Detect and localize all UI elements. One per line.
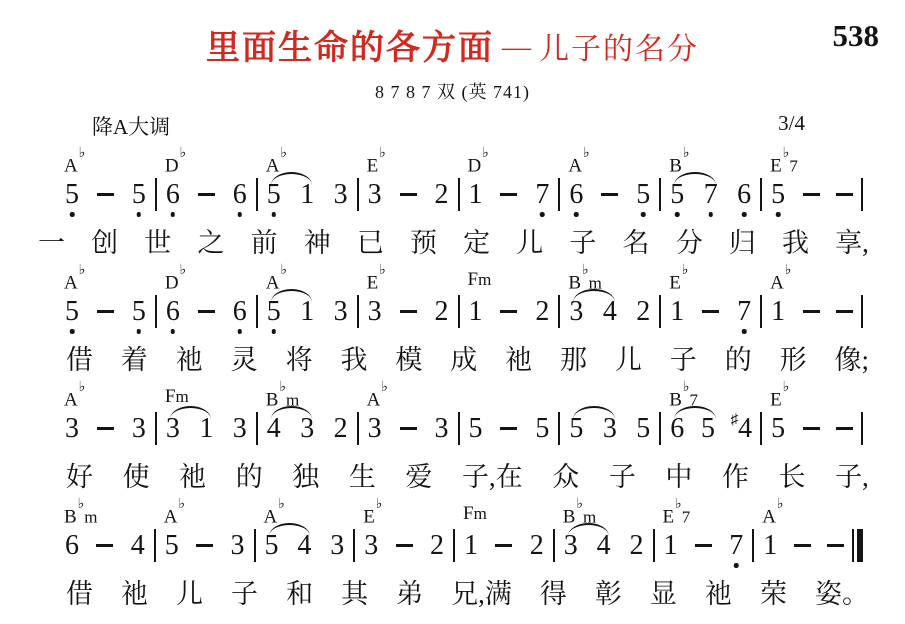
note-number: 3 xyxy=(364,529,378,562)
note-number: 5 xyxy=(636,412,650,445)
dash-bar xyxy=(836,310,853,313)
low-octave-dot xyxy=(238,329,243,334)
note-number: 5 xyxy=(771,412,785,445)
note-number: 4 xyxy=(131,529,145,562)
chord-label: E♭7 xyxy=(663,503,691,527)
lyric-syllable: 其 xyxy=(341,579,368,609)
note-number: 1 xyxy=(670,295,684,328)
lyric-syllable: 祂 xyxy=(176,345,203,375)
measure: 55 xyxy=(460,385,559,447)
lyric-syllable: 弟 xyxy=(396,579,423,609)
note: 1 xyxy=(468,178,484,211)
measure: E♭32 xyxy=(359,151,458,213)
barline xyxy=(861,295,863,328)
low-octave-dot xyxy=(70,212,75,217)
note: 3 xyxy=(232,412,248,445)
note-number: 7 xyxy=(737,295,751,328)
note-number: 7 xyxy=(535,178,549,211)
lyric-syllable: 的 xyxy=(236,462,263,492)
chord-label: B♭m xyxy=(64,503,98,527)
lyric-syllable: 儿 xyxy=(615,345,642,375)
lyric-syllable: 形 xyxy=(780,345,807,375)
hymn-page: 538 里面生命的各方面—儿子的名分 8 7 8 7 双 (英 741) 降A大… xyxy=(0,0,905,624)
low-octave-dot xyxy=(574,212,579,217)
lyric-syllable: 彰 xyxy=(595,579,622,609)
measure: A♭33 xyxy=(359,385,458,447)
measure: E♭32 xyxy=(355,502,453,564)
flat-sign: ♭ xyxy=(79,380,86,395)
note-number: 1 xyxy=(469,295,483,328)
flat-sign: ♭ xyxy=(381,380,388,395)
duration-dash xyxy=(97,193,114,196)
low-octave-dot xyxy=(734,563,739,568)
note-number: 6 xyxy=(65,529,79,562)
low-octave-dot xyxy=(641,212,646,217)
barline xyxy=(861,178,863,211)
duration-dash xyxy=(495,544,512,547)
duration-dash xyxy=(702,310,719,313)
measure: D♭17 xyxy=(460,151,559,213)
dash-bar xyxy=(702,310,719,313)
note-number: 5 xyxy=(469,412,483,445)
note: 5 xyxy=(164,529,180,562)
lyric-syllable: 子 xyxy=(231,579,258,609)
note: 3 xyxy=(333,178,349,211)
dash-bar xyxy=(196,544,213,547)
lyric-syllable: 好 xyxy=(66,462,93,492)
note: 6 xyxy=(736,178,752,211)
lyric-syllable: 灵 xyxy=(231,345,258,375)
duration-dash xyxy=(794,544,811,547)
page-number: 538 xyxy=(833,18,880,54)
note: 6 xyxy=(64,529,80,562)
flat-sign: ♭ xyxy=(376,497,383,512)
measure-notes: 5 xyxy=(762,410,861,446)
lyric-syllable: 中 xyxy=(665,462,692,492)
duration-dash xyxy=(836,427,853,430)
dash-bar xyxy=(400,310,417,313)
measure: B♭m64 xyxy=(56,502,154,564)
flat-sign: ♭ xyxy=(783,380,790,395)
dash-bar xyxy=(97,427,114,430)
chord-label: Fm xyxy=(468,269,492,293)
lyric-syllable: 着 xyxy=(121,345,148,375)
note-number: 3 xyxy=(368,412,382,445)
note-number: 1 xyxy=(763,529,777,562)
title-subtitle: 儿子的名分 xyxy=(539,33,699,66)
note-number: 1 xyxy=(469,178,483,211)
dash-bar xyxy=(803,310,820,313)
note: 5 xyxy=(131,178,147,211)
dash-bar xyxy=(97,310,114,313)
lyric-syllable: 像; xyxy=(834,345,869,375)
note: 1 xyxy=(663,529,679,562)
measure-notes: 53 xyxy=(156,527,254,563)
low-octave-dot xyxy=(776,212,781,217)
chord-label: A♭ xyxy=(770,269,791,293)
duration-dash xyxy=(500,193,517,196)
note: 6 xyxy=(165,295,181,328)
measure: D♭66 xyxy=(157,268,256,330)
note: 5 xyxy=(770,412,786,445)
duration-dash xyxy=(601,193,618,196)
lyric-syllable: 享, xyxy=(835,228,869,258)
lyric-syllable: 将 xyxy=(286,345,313,375)
note: 3 xyxy=(131,412,147,445)
lyrics-line: 一创世之前神已预定儿子名分归我享, xyxy=(38,228,869,258)
lyric-syllable: 分 xyxy=(676,228,703,258)
music-system: B♭m64A♭53A♭543E♭32Fm12B♭m342E♭717A♭1借祂儿子… xyxy=(0,502,905,609)
chord-label: A♭ xyxy=(367,386,388,410)
chord-label: E♭ xyxy=(669,269,688,293)
flat-sign: ♭ xyxy=(178,497,185,512)
note-number: 7 xyxy=(729,529,743,562)
measure-notes: 55 xyxy=(460,410,559,446)
lyric-syllable: 得 xyxy=(540,579,567,609)
chord-label: A♭ xyxy=(64,269,85,293)
dash-bar xyxy=(400,193,417,196)
measure-notes: 32 xyxy=(355,527,453,563)
note: 5 xyxy=(770,178,786,211)
measure: A♭55 xyxy=(56,151,155,213)
lyric-syllable: 祂 xyxy=(121,579,148,609)
duration-dash xyxy=(500,310,517,313)
note: 2 xyxy=(529,529,545,562)
note: 2 xyxy=(635,295,651,328)
music-system: A♭55D♭66A♭513E♭32Fm12B♭m342E♭17A♭1借着祂灵将我… xyxy=(0,268,905,375)
measure: A♭543 xyxy=(256,502,354,564)
measure-notes: 12 xyxy=(455,527,553,563)
meter-info: 8 7 8 7 双 (英 741) xyxy=(0,78,905,104)
dash-bar xyxy=(836,193,853,196)
measure: Fm313 xyxy=(157,385,256,447)
dash-bar xyxy=(198,193,215,196)
flat-sign: ♭ xyxy=(482,146,489,161)
note-number: 3 xyxy=(334,295,348,328)
note-number: 5 xyxy=(132,295,146,328)
low-octave-dot xyxy=(137,212,142,217)
note: 2 xyxy=(534,295,550,328)
measure-notes: 33 xyxy=(359,410,458,446)
flat-sign: ♭ xyxy=(683,146,690,161)
note: 6 xyxy=(232,178,248,211)
measure: B♭m342 xyxy=(560,268,659,330)
low-octave-dot xyxy=(171,329,176,334)
dash-bar xyxy=(96,544,113,547)
note-number: 1 xyxy=(664,529,678,562)
note-number: 5 xyxy=(165,529,179,562)
measure: B♭765♯4 xyxy=(661,385,760,447)
duration-dash xyxy=(400,427,417,430)
measure: A♭1 xyxy=(762,268,861,330)
note: 2 xyxy=(429,529,445,562)
note: 5 xyxy=(131,295,147,328)
lyric-syllable: 儿 xyxy=(516,228,543,258)
title-main: 里面生命的各方面 xyxy=(206,29,494,67)
duration-dash xyxy=(836,193,853,196)
staff-row: A♭33Fm313B♭m432A♭3355535B♭765♯4E♭5 xyxy=(56,385,863,447)
measure: A♭1 xyxy=(754,502,852,564)
chord-label: B♭7 xyxy=(669,386,698,410)
duration-dash xyxy=(196,544,213,547)
chord-label: Fm xyxy=(463,503,487,527)
measure-notes: 32 xyxy=(359,176,458,212)
measure-notes: 66 xyxy=(157,176,256,212)
flat-sign: ♭ xyxy=(683,380,690,395)
flat-sign: ♭ xyxy=(777,497,784,512)
duration-dash xyxy=(97,427,114,430)
note: 5 xyxy=(64,178,80,211)
note-number: 5 xyxy=(132,178,146,211)
duration-dash xyxy=(500,427,517,430)
lyric-syllable: 长 xyxy=(779,462,806,492)
measure: A♭513 xyxy=(258,268,357,330)
chord-label: A♭ xyxy=(264,503,285,527)
note: 5 xyxy=(64,295,80,328)
note: 1 xyxy=(669,295,685,328)
duration-dash xyxy=(827,544,844,547)
flat-sign: ♭ xyxy=(379,146,386,161)
note: 6 xyxy=(232,295,248,328)
low-octave-dot xyxy=(137,329,142,334)
note: 3 xyxy=(367,412,383,445)
lyric-syllable: 祂 xyxy=(505,345,532,375)
chord-label: E♭ xyxy=(367,152,386,176)
note-number: 6 xyxy=(233,178,247,211)
lyric-syllable: 借 xyxy=(66,579,93,609)
measure: B♭m432 xyxy=(258,385,357,447)
chord-label: Fm xyxy=(165,386,189,410)
lyric-syllable: 预 xyxy=(410,228,437,258)
lyric-syllable: 生 xyxy=(349,462,376,492)
note-number: 3 xyxy=(330,529,344,562)
flat-sign: ♭ xyxy=(682,263,689,278)
final-barline xyxy=(852,529,863,562)
dash-bar xyxy=(794,544,811,547)
chord-label: E♭7 xyxy=(770,152,798,176)
note: 3 xyxy=(329,529,345,562)
measure-notes: 1 xyxy=(762,293,861,329)
notation-area: A♭55D♭66A♭513E♭32D♭17A♭65B♭576E♭75一创世之前神… xyxy=(0,151,905,609)
note-number: 6 xyxy=(166,178,180,211)
lyric-syllable: 世 xyxy=(144,228,171,258)
dash-bar xyxy=(803,193,820,196)
note-number: 1 xyxy=(771,295,785,328)
chord-label: D♭ xyxy=(165,152,186,176)
lyric-syllable: 作 xyxy=(722,462,749,492)
note-number: 2 xyxy=(636,295,650,328)
barline-thin xyxy=(852,529,854,562)
note: 3 xyxy=(363,529,379,562)
low-octave-dot xyxy=(238,212,243,217)
chord-label: B♭m xyxy=(266,386,300,410)
chord-label: A♭ xyxy=(64,386,85,410)
lyrics-line: 好使祂的独生爱子,在众子中作长子, xyxy=(66,462,869,492)
note: 2 xyxy=(629,529,645,562)
measure: E♭17 xyxy=(661,268,760,330)
key-row: 降A大调 3/4 xyxy=(92,111,805,141)
chord-label: A♭ xyxy=(64,152,85,176)
lyric-syllable: 子 xyxy=(670,345,697,375)
low-octave-dot xyxy=(742,329,747,334)
note: 5 xyxy=(534,412,550,445)
low-octave-dot xyxy=(171,212,176,217)
note-number: 6 xyxy=(737,178,751,211)
note: 1 xyxy=(762,529,778,562)
lyric-syllable: 独 xyxy=(292,462,319,492)
note: 3 xyxy=(230,529,246,562)
verse-number: 一 xyxy=(38,228,65,258)
note-number: 3 xyxy=(435,412,449,445)
lyric-syllable: 显 xyxy=(650,579,677,609)
measure: Fm12 xyxy=(455,502,553,564)
duration-dash xyxy=(198,193,215,196)
measure-notes: 65 xyxy=(560,176,659,212)
flat-sign: ♭ xyxy=(78,497,85,512)
measure: E♭75 xyxy=(762,151,861,213)
note: 3 xyxy=(367,295,383,328)
flat-sign: ♭ xyxy=(180,263,187,278)
dash-bar xyxy=(827,544,844,547)
dash-bar xyxy=(500,427,517,430)
note-number: 5 xyxy=(771,178,785,211)
measure-notes: 17 xyxy=(460,176,559,212)
dash-bar xyxy=(198,310,215,313)
duration-dash xyxy=(97,310,114,313)
flat-sign: ♭ xyxy=(180,146,187,161)
page-title: 里面生命的各方面—儿子的名分 xyxy=(0,0,905,69)
dash-bar xyxy=(836,427,853,430)
note: 1 xyxy=(770,295,786,328)
flat-sign: ♭ xyxy=(576,497,583,512)
low-octave-dot xyxy=(70,329,75,334)
note: 7 xyxy=(728,529,744,562)
time-signature: 3/4 xyxy=(778,111,805,141)
note-number: 4 xyxy=(738,412,752,445)
note: 6 xyxy=(165,178,181,211)
lyric-syllable: 子, xyxy=(835,462,869,492)
flat-sign: ♭ xyxy=(279,380,286,395)
title-dash: — xyxy=(494,31,539,63)
lyric-syllable: 子 xyxy=(609,462,636,492)
low-octave-dot xyxy=(272,212,277,217)
note-number: 5 xyxy=(65,295,79,328)
note: 3 xyxy=(333,295,349,328)
note-number: 2 xyxy=(530,529,544,562)
lyric-syllable: 祂 xyxy=(705,579,732,609)
note-number: 6 xyxy=(166,295,180,328)
note: 3 xyxy=(367,178,383,211)
dash-bar xyxy=(601,193,618,196)
duration-dash xyxy=(400,310,417,313)
measure-notes: 33 xyxy=(56,410,155,446)
flat-sign: ♭ xyxy=(379,263,386,278)
lyric-syllable: 之 xyxy=(197,228,224,258)
note-number: 3 xyxy=(65,412,79,445)
chord-label: B♭m xyxy=(563,503,597,527)
flat-sign: ♭ xyxy=(79,146,86,161)
note-number: 2 xyxy=(535,295,549,328)
flat-sign: ♭ xyxy=(278,497,285,512)
measure-notes: 12 xyxy=(460,293,559,329)
lyric-syllable: 那 xyxy=(560,345,587,375)
measure: A♭513 xyxy=(258,151,357,213)
staff-row: B♭m64A♭53A♭543E♭32Fm12B♭m342E♭717A♭1 xyxy=(56,502,863,564)
note: 2 xyxy=(333,412,349,445)
key-signature: 降A大调 xyxy=(92,111,170,141)
measure: A♭53 xyxy=(156,502,254,564)
low-octave-dot xyxy=(272,329,277,334)
measure: A♭65 xyxy=(560,151,659,213)
note-number: 3 xyxy=(233,412,247,445)
measure: A♭33 xyxy=(56,385,155,447)
flat-sign: ♭ xyxy=(785,263,792,278)
lyric-syllable: 名 xyxy=(623,228,650,258)
note-number: 6 xyxy=(233,295,247,328)
low-octave-dot xyxy=(742,212,747,217)
note: 3 xyxy=(434,412,450,445)
duration-dash xyxy=(96,544,113,547)
measure: E♭32 xyxy=(359,268,458,330)
measure: Fm12 xyxy=(460,268,559,330)
lyrics-line: 借着祂灵将我模成祂那儿子的形像; xyxy=(66,345,869,375)
lyric-syllable: 使 xyxy=(123,462,150,492)
chord-label: E♭ xyxy=(367,269,386,293)
measure-notes: 55 xyxy=(56,293,155,329)
note-number: 2 xyxy=(334,412,348,445)
barline xyxy=(861,412,863,445)
measure-notes: 1 xyxy=(754,527,852,563)
note: 2 xyxy=(434,178,450,211)
note: 1 xyxy=(463,529,479,562)
measure-notes: 17 xyxy=(655,527,753,563)
dash-bar xyxy=(500,310,517,313)
note: 5 xyxy=(468,412,484,445)
flat-sign: ♭ xyxy=(583,146,590,161)
lyric-syllable: 和 xyxy=(286,579,313,609)
low-octave-dot xyxy=(540,212,545,217)
note-number: 2 xyxy=(435,178,449,211)
music-system: A♭33Fm313B♭m432A♭3355535B♭765♯4E♭5好使祂的独生… xyxy=(0,385,905,492)
measure: 535 xyxy=(560,385,659,447)
chord-label: E♭ xyxy=(770,386,789,410)
lyric-syllable: 爱 xyxy=(405,462,432,492)
duration-dash xyxy=(695,544,712,547)
note-number: 2 xyxy=(630,529,644,562)
music-system: A♭55D♭66A♭513E♭32D♭17A♭65B♭576E♭75一创世之前神… xyxy=(0,151,905,258)
note-number: 3 xyxy=(368,178,382,211)
lyric-syllable: 神 xyxy=(304,228,331,258)
note-number: 5 xyxy=(65,178,79,211)
duration-dash xyxy=(400,193,417,196)
chord-label: B♭ xyxy=(669,152,689,176)
duration-dash xyxy=(198,310,215,313)
measure-notes: 66 xyxy=(157,293,256,329)
measure: B♭576 xyxy=(661,151,760,213)
chord-label: A♭ xyxy=(164,503,185,527)
flat-sign: ♭ xyxy=(280,263,287,278)
flat-sign: ♭ xyxy=(280,146,287,161)
lyric-syllable: 前 xyxy=(251,228,278,258)
measure: E♭5 xyxy=(762,385,861,447)
staff-row: A♭55D♭66A♭513E♭32D♭17A♭65B♭576E♭75 xyxy=(56,151,863,213)
flat-sign: ♭ xyxy=(582,263,589,278)
lyric-syllable: 子,在 xyxy=(462,462,523,492)
note: 1 xyxy=(468,295,484,328)
chord-label: A♭ xyxy=(762,503,783,527)
note-number: 3 xyxy=(368,295,382,328)
note: ♯4 xyxy=(731,412,753,445)
